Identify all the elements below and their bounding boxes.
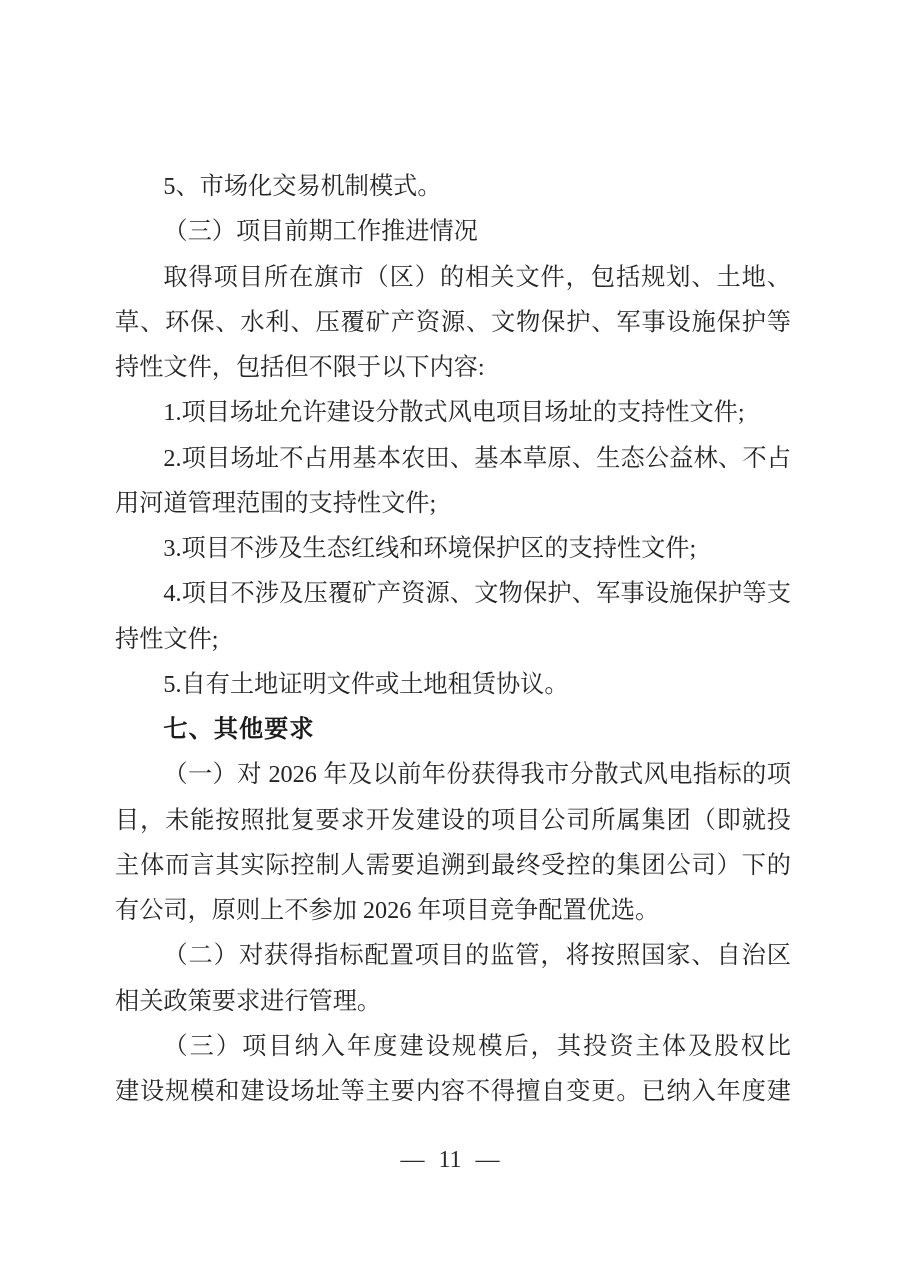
text-line: 取得项目所在旗市（区）的相关文件，包括规划、土地、林 (115, 255, 791, 300)
text-line: 建设规模和建设场址等主要内容不得擅自变更。已纳入年度建设 (115, 1069, 791, 1114)
list-item-line: 持性文件; (115, 617, 791, 662)
list-item-line: 用河道管理范围的支持性文件; (115, 481, 791, 526)
text-line: 相关政策要求进行管理。 (115, 979, 791, 1024)
list-item-line: 4.项目不涉及压覆矿产资源、文物保护、军事设施保护等支 (115, 571, 791, 616)
text-line: 目，未能按照批复要求开发建设的项目公司所属集团（即就投资 (115, 798, 791, 843)
page-number: — 11 — (0, 1147, 900, 1174)
text-line: 有公司，原则上不参加 2026 年项目竞争配置优选。 (115, 888, 791, 933)
section-subheading: （三）项目前期工作推进情况 (115, 209, 791, 254)
text-line: 草、环保、水利、压覆矿产资源、文物保护、军事设施保护等支 (115, 300, 791, 345)
list-item-line: 5.自有土地证明文件或土地租赁协议。 (115, 662, 791, 707)
text-line: 5、市场化交易机制模式。 (115, 164, 791, 209)
text-line: 持性文件，包括但不限于以下内容: (115, 345, 791, 390)
list-item-line: 2.项目场址不占用基本农田、基本草原、生态公益林、不占 (115, 436, 791, 481)
document-body: 5、市场化交易机制模式。 （三）项目前期工作推进情况 取得项目所在旗市（区）的相… (115, 164, 791, 1114)
list-item-line: 3.项目不涉及生态红线和环境保护区的支持性文件; (115, 526, 791, 571)
text-line: 主体而言其实际控制人需要追溯到最终受控的集团公司）下的所 (115, 843, 791, 888)
text-line: （三）项目纳入年度建设规模后，其投资主体及股权比例、 (115, 1024, 791, 1069)
list-item-line: 1.项目场址允许建设分散式风电项目场址的支持性文件; (115, 390, 791, 435)
document-page: 5、市场化交易机制模式。 （三）项目前期工作推进情况 取得项目所在旗市（区）的相… (0, 0, 900, 1272)
section-heading: 七、其他要求 (115, 707, 791, 752)
text-line: （二）对获得指标配置项目的监管，将按照国家、自治区的 (115, 933, 791, 978)
text-line: （一）对 2026 年及以前年份获得我市分散式风电指标的项 (115, 752, 791, 797)
